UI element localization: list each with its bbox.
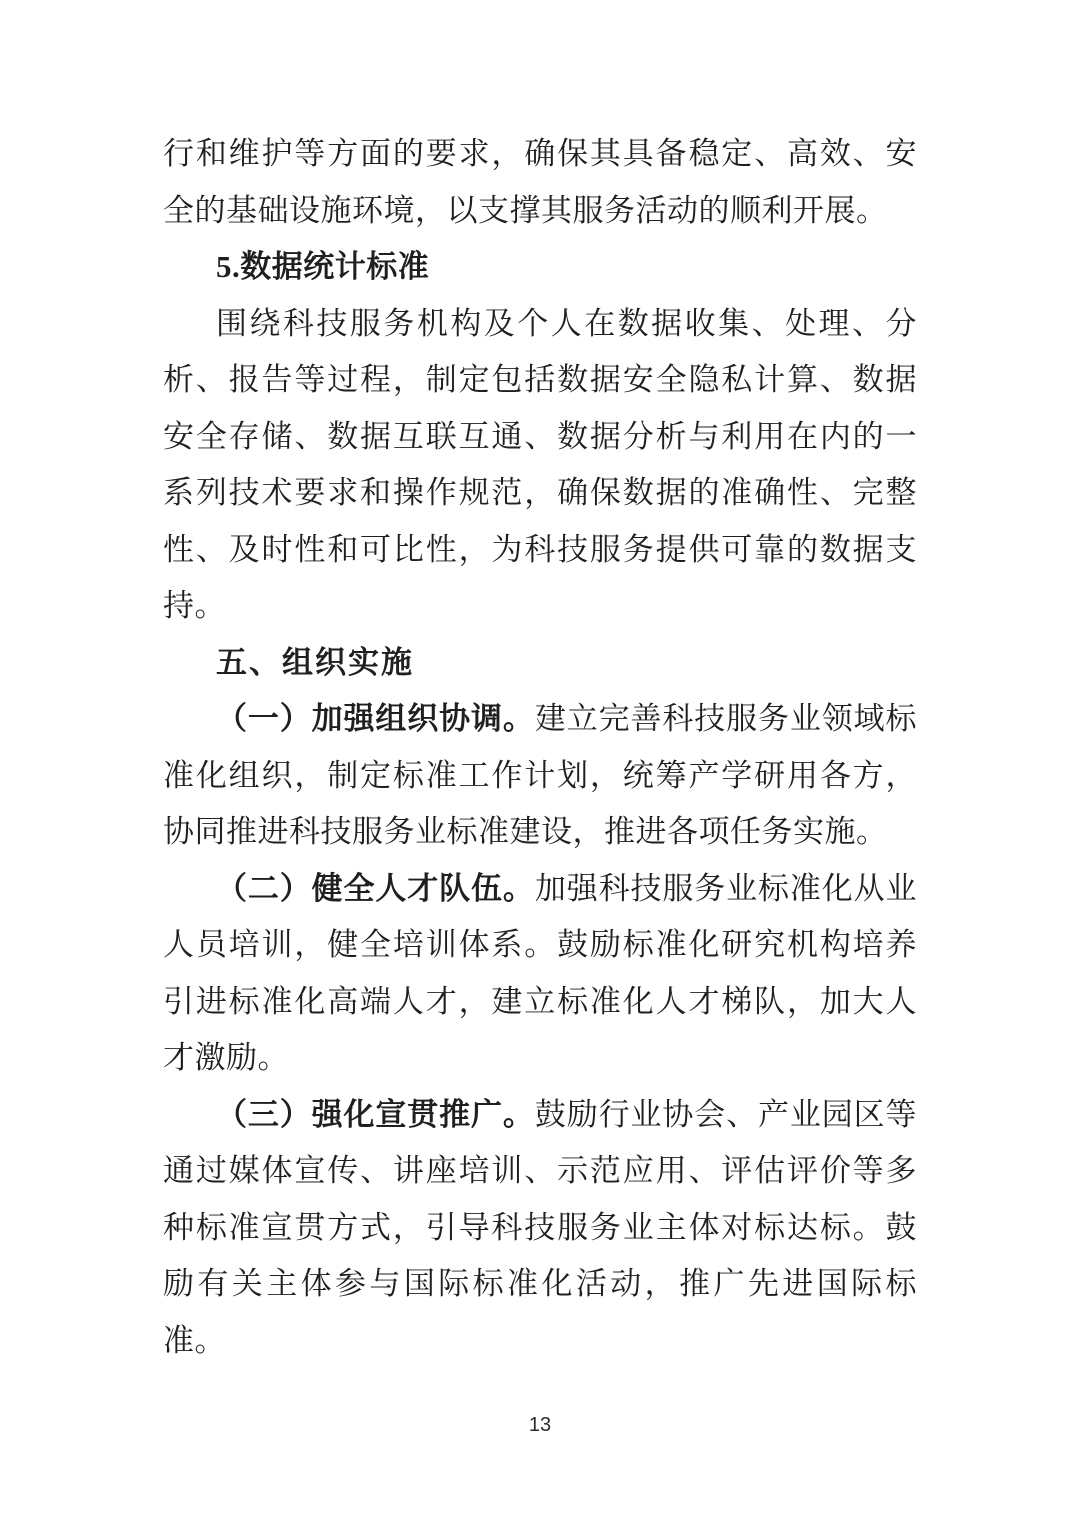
paragraph-item-1: （一）加强组织协调。建立完善科技服务业领域标准化组织，制定标准工作计划，统筹产学… bbox=[163, 691, 917, 861]
item-1-lead: （一）加强组织协调。 bbox=[216, 701, 535, 736]
item-3-lead: （三）强化宣贯推广。 bbox=[216, 1097, 535, 1132]
section-heading-organization-implementation: 五、组织实施 bbox=[163, 635, 917, 692]
document-body: 行和维护等方面的要求，确保其具备稳定、高效、安全的基础设施环境，以支撑其服务活动… bbox=[163, 126, 917, 1369]
item-3-text: 鼓励行业协会、产业园区等通过媒体宣传、讲座培训、示范应用、评估评价等多种标准宣贯… bbox=[163, 1097, 917, 1358]
paragraph-item-2: （二）健全人才队伍。加强科技服务业标准化从业人员培训，健全培训体系。鼓励标准化研… bbox=[163, 861, 917, 1087]
heading-data-statistics-standard: 5.数据统计标准 bbox=[163, 239, 917, 296]
item-2-lead: （二）健全人才队伍。 bbox=[216, 871, 535, 906]
paragraph-item-3: （三）强化宣贯推广。鼓励行业协会、产业园区等通过媒体宣传、讲座培训、示范应用、评… bbox=[163, 1087, 917, 1370]
paragraph-data-statistics: 围绕科技服务机构及个人在数据收集、处理、分析、报告等过程，制定包括数据安全隐私计… bbox=[163, 296, 917, 635]
paragraph-continuation: 行和维护等方面的要求，确保其具备稳定、高效、安全的基础设施环境，以支撑其服务活动… bbox=[163, 126, 917, 239]
document-page: 行和维护等方面的要求，确保其具备稳定、高效、安全的基础设施环境，以支撑其服务活动… bbox=[0, 0, 1080, 1527]
page-number: 13 bbox=[0, 1414, 1080, 1437]
